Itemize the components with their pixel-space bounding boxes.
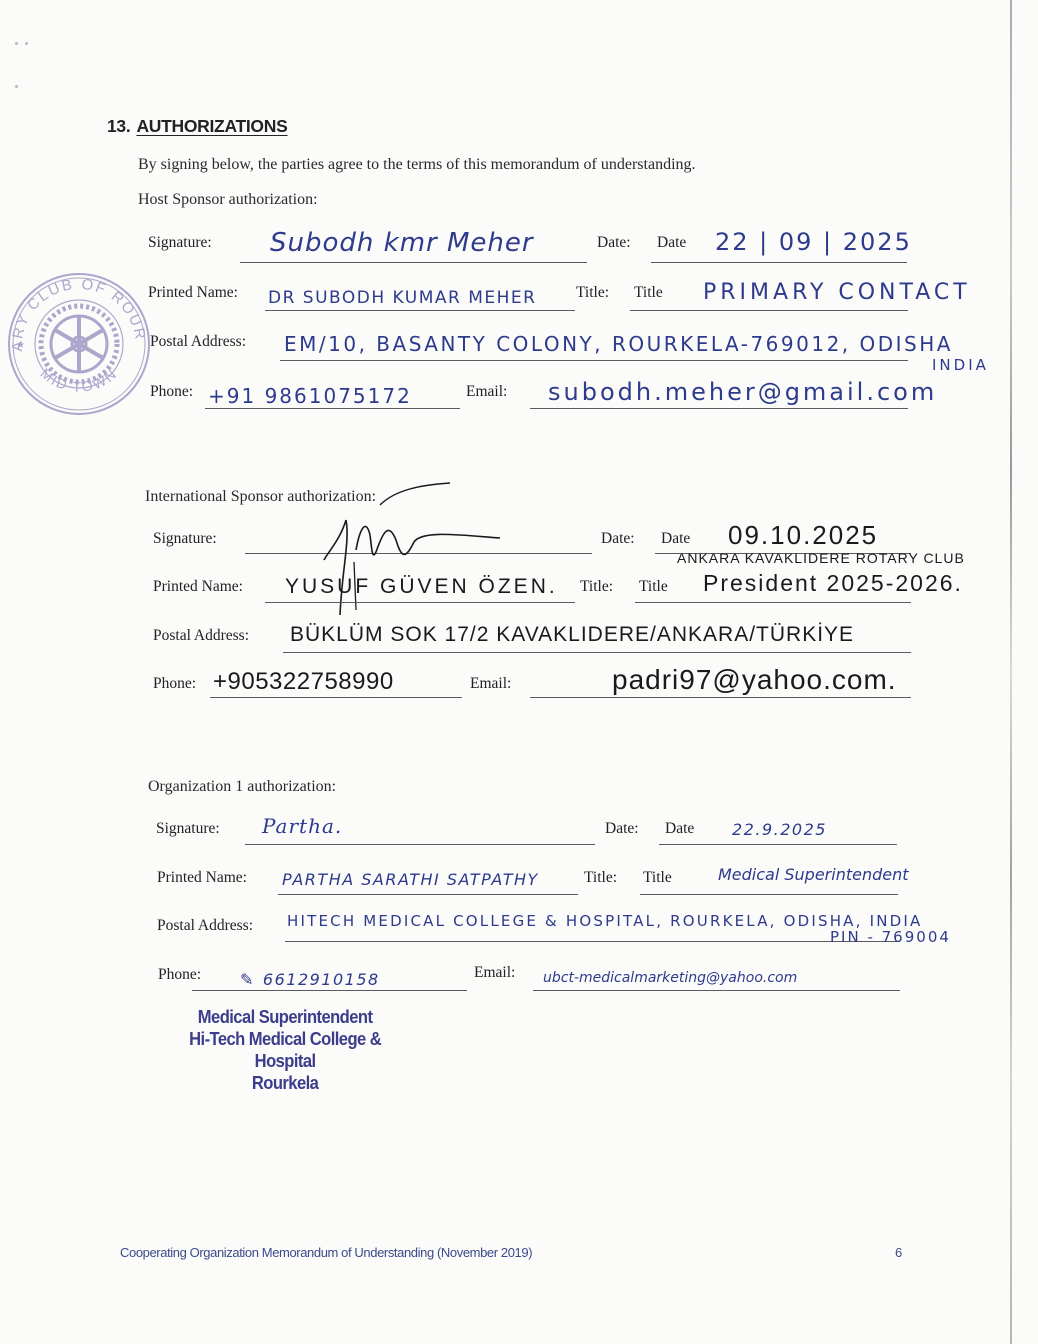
host-signature[interactable]: Subodh kmr Meher	[270, 228, 534, 258]
org1-title-line	[640, 894, 898, 895]
host-postal-address-label: Postal Address:	[150, 333, 246, 351]
org1-email-label: Email:	[474, 964, 515, 982]
org1-title-label: Title:	[584, 869, 617, 887]
stamp-line-1: Medical Superintendent	[160, 1006, 410, 1028]
host-date-placeholder: Date	[657, 234, 686, 252]
hospital-stamp: Medical Superintendent Hi-Tech Medical C…	[160, 1006, 410, 1094]
org1-phone-label: Phone:	[158, 966, 201, 984]
intl-date-placeholder: Date	[661, 530, 690, 548]
host-postal-address-line2[interactable]: INDIA	[932, 356, 989, 374]
org1-date-line	[659, 844, 897, 845]
intl-signature[interactable]	[310, 480, 510, 620]
organization-1-heading: Organization 1 authorization:	[148, 778, 336, 796]
host-email-value[interactable]: subodh.meher@gmail.com	[548, 378, 937, 406]
stamp-line-2: Hi-Tech Medical College & Hospital	[160, 1028, 410, 1072]
svg-text:★: ★	[16, 340, 25, 351]
org1-printed-name-label: Printed Name:	[157, 869, 247, 887]
intl-date-label: Date:	[601, 530, 635, 548]
host-email-line	[530, 408, 908, 409]
host-printed-name-line	[265, 310, 575, 311]
org1-date-placeholder: Date	[665, 820, 694, 838]
host-title-line	[630, 310, 908, 311]
intl-title-note[interactable]: ANKARA KAVAKLIDERE ROTARY CLUB	[677, 550, 965, 566]
section-heading: 13.AUTHORIZATIONS	[107, 116, 287, 137]
org1-postal-address[interactable]: HITECH MEDICAL COLLEGE & HOSPITAL, ROURK…	[287, 912, 922, 930]
intl-printed-name-label: Printed Name:	[153, 578, 243, 596]
intl-printed-name[interactable]: YUSUF GÜVEN ÖZEN.	[285, 575, 558, 599]
intro-paragraph: By signing below, the parties agree to t…	[138, 156, 696, 174]
intl-postal-address[interactable]: BÜKLÜM SOK 17/2 KAVAKLIDERE/ANKARA/TÜRKİ…	[290, 623, 854, 647]
footer-page-number: 6	[895, 1245, 902, 1260]
host-phone-line	[205, 408, 460, 409]
intl-email-label: Email:	[470, 675, 511, 693]
intl-postal-address-line	[283, 652, 911, 653]
intl-phone-label: Phone:	[153, 675, 196, 693]
org1-signature[interactable]: Partha.	[262, 814, 342, 838]
stamp-line-3: Rourkela	[160, 1072, 410, 1094]
org1-title-value[interactable]: Medical Superintendent	[718, 865, 909, 884]
host-postal-address[interactable]: EM/10, BASANTY COLONY, ROURKELA-769012, …	[284, 332, 953, 356]
host-date-value[interactable]: 22 | 09 | 2025	[715, 228, 912, 256]
org1-phone-number: 6612910158	[263, 970, 380, 989]
intl-title-value[interactable]: President 2025-2026.	[703, 570, 963, 597]
section-title: AUTHORIZATIONS	[136, 116, 287, 136]
org1-date-label: Date:	[605, 820, 639, 838]
org1-email-line	[533, 990, 900, 991]
intl-title-line	[635, 602, 911, 603]
intl-phone-line	[210, 697, 462, 698]
intl-title-placeholder: Title	[639, 578, 668, 596]
org1-email-value[interactable]: ubct-medicalmarketing@yahoo.com	[543, 970, 797, 986]
intl-date-value[interactable]: 09.10.2025	[728, 520, 878, 551]
scan-speck	[15, 85, 18, 88]
phone-scribble-icon: ✎	[240, 970, 255, 989]
host-signature-label: Signature:	[148, 234, 212, 252]
host-printed-name-label: Printed Name:	[148, 284, 238, 302]
rotary-club-seal-icon: ROTARY CLUB OF ROURKELA MID TOWN ★	[4, 268, 154, 416]
org1-printed-name-line	[278, 894, 578, 895]
scan-speck	[15, 42, 18, 45]
org1-signature-line	[245, 844, 595, 845]
org1-date-value[interactable]: 22.9.2025	[732, 820, 827, 839]
host-title-label: Title:	[576, 284, 609, 302]
host-postal-address-line	[280, 360, 908, 361]
scan-speck	[25, 42, 28, 45]
intl-phone-value[interactable]: +905322758990	[213, 668, 394, 696]
org1-title-placeholder: Title	[643, 869, 672, 887]
page-edge-shadow	[1010, 0, 1012, 1344]
intl-printed-name-line	[265, 602, 575, 603]
host-printed-name[interactable]: DR SUBODH KUMAR MEHER	[268, 288, 536, 308]
host-date-label: Date:	[597, 234, 631, 252]
footer-document-title: Cooperating Organization Memorandum of U…	[120, 1245, 532, 1260]
org1-printed-name[interactable]: PARTHA SARATHI SATPATHY	[282, 870, 539, 889]
section-number: 13.	[107, 116, 130, 136]
host-title-placeholder: Title	[634, 284, 663, 302]
intl-signature-label: Signature:	[153, 530, 217, 548]
host-phone-label: Phone:	[150, 383, 193, 401]
host-signature-line	[240, 262, 587, 263]
org1-postal-address-line	[285, 941, 900, 942]
host-sponsor-heading: Host Sponsor authorization:	[138, 191, 318, 209]
host-date-line	[651, 262, 907, 263]
intl-title-label: Title:	[580, 578, 613, 596]
org1-signature-label: Signature:	[156, 820, 220, 838]
host-email-label: Email:	[466, 383, 507, 401]
intl-email-line	[530, 697, 911, 698]
intl-postal-address-label: Postal Address:	[153, 627, 249, 645]
org1-postal-address-line2[interactable]: PIN - 769004	[830, 928, 951, 946]
org1-phone-line	[192, 990, 467, 991]
org1-postal-address-label: Postal Address:	[157, 917, 253, 935]
org1-phone-value[interactable]: ✎6612910158	[240, 970, 380, 989]
host-title-value[interactable]: PRIMARY CONTACT	[703, 280, 971, 305]
intl-email-value[interactable]: padri97@yahoo.com.	[612, 664, 897, 696]
host-phone-value[interactable]: +91 9861075172	[208, 384, 412, 408]
